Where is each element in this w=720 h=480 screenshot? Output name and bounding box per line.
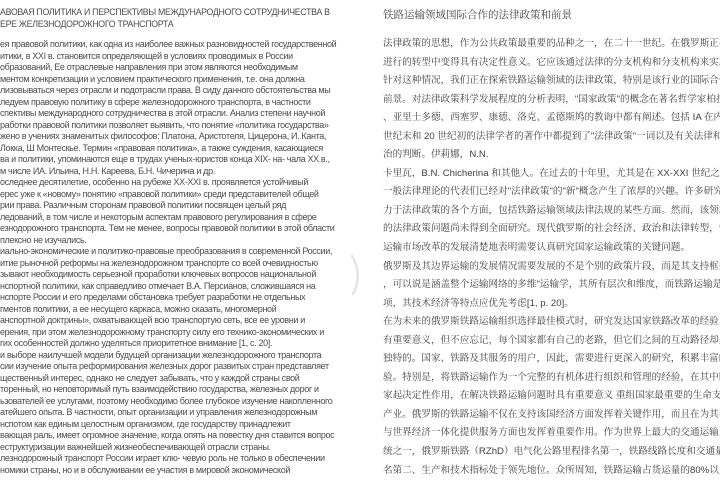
text-line: ея правовой политики, как одна из наибол… bbox=[0, 39, 374, 51]
text-line: итики, в XXI в. становится определяющей … bbox=[0, 51, 374, 63]
text-line: АВОВАЯ ПОЛИТИКА И ПЕРСПЕКТИВЫ МЕЖДУНАРОД… bbox=[0, 7, 374, 19]
text-line: ледований, в том числе и некоторым аспек… bbox=[0, 212, 374, 224]
text-line: 卡里瓦，B.N. Chicherina 和其他人。在过去的十年里，尤其是在 XX… bbox=[383, 165, 720, 184]
text-line: 验。特别是，将铁路运输作为一个完整的有机体进行组织和管理的经验，在其中国 bbox=[383, 369, 720, 388]
text-line: торенный, но неповторимый путь взаимодей… bbox=[0, 384, 374, 396]
text-line: атейшего опыта. В частности, опыт органи… bbox=[0, 407, 374, 419]
text-line: 的法律政策问题尚未得到全面研究。现代俄罗斯的社会经济、政治和法律转型，铁路 bbox=[383, 220, 720, 239]
text-line: ерес уже к «новому» понятию «правовой по… bbox=[0, 189, 374, 201]
text-line: ва и политики, упоминаются еще в трудах … bbox=[0, 154, 374, 166]
chinese-title: 铁路运输领域国际合作的法律政策和前景 bbox=[383, 8, 720, 22]
text-line: лезнодорожный транспорт России играет кл… bbox=[0, 453, 374, 465]
text-line: 针对这种情况，我们正在探索铁路运输领域的法律政策，特别是该行业的国际合作 bbox=[383, 72, 720, 91]
russian-title: АВОВАЯ ПОЛИТИКА И ПЕРСПЕКТИВЫ МЕЖДУНАРОД… bbox=[0, 7, 374, 30]
text-line: 前景。对法律政策科学发展程度的分析表明，"国家政策"的概念在著名哲学家柏拉图 bbox=[383, 91, 720, 110]
text-line: 在为未来的俄罗斯铁路运输组织选择最佳模式时，研究发达国家铁路改革的经验具 bbox=[383, 313, 720, 332]
text-line: 一般法律理论的代表们已经对"法律政策"的"新"概念产生了浓厚的兴趣。许多研究致 bbox=[383, 183, 720, 202]
text-line: 运输市场改革的发展清楚地表明需要认真研究国家运输政策的关键问题。 bbox=[383, 239, 720, 258]
text-line: 世纪末和 20 世纪初的法律学者的著作中都提到了"法律政策"一词以及有关法律和政 bbox=[383, 128, 720, 147]
text-line: нспорте России и его пределами обстановк… bbox=[0, 292, 374, 304]
text-line: спективы международного сотрудничества в… bbox=[0, 108, 374, 120]
text-line: м числе ИА. Ильина, Н.Н. Кареева, Б.Н. Ч… bbox=[0, 166, 374, 178]
russian-body-text: ея правовой политики, как одна из наибол… bbox=[0, 39, 374, 476]
text-line: лизовываться через отрасли и подотрасли … bbox=[0, 85, 374, 97]
text-line: 项，其技术经济等特点应优先考虑[1, p. 20]。 bbox=[383, 295, 720, 314]
text-line: образований, Ее отраслевые направления п… bbox=[0, 62, 374, 74]
text-line: 有重要意义，但不应忘记，每个国家都有自己的老路，但它们之间的互动路径却是 bbox=[383, 332, 720, 351]
russian-column: АВОВАЯ ПОЛИТИКА И ПЕРСПЕКТИВЫ МЕЖДУНАРОД… bbox=[0, 7, 374, 477]
text-line: 法律政策的思想，作为公共政策最重要的品种之一，在二十一世纪。在俄罗斯正在 bbox=[383, 35, 720, 54]
text-line: 力于法律政策的各个方面，包括铁路运输领域法律法规的某些方面。然而，该领域 bbox=[383, 202, 720, 221]
text-line: и выборе наилучшей модели будущей органи… bbox=[0, 350, 374, 362]
document-page: АВОВАЯ ПОЛИТИКА И ПЕРСПЕКТИВЫ МЕЖДУНАРОД… bbox=[0, 0, 720, 480]
text-line: жено в учениях знаменитых философов: Пла… bbox=[0, 131, 374, 143]
text-line: иально-экономические и политико-правовые… bbox=[0, 246, 374, 258]
text-line: оследнее десятилетие, особенно на рубеже… bbox=[0, 177, 374, 189]
text-line: ерения, при этом железнодорожному трансп… bbox=[0, 327, 374, 339]
text-line: езнодорожного транспорта. Тем не менее, … bbox=[0, 223, 374, 235]
text-line: плексно не изучались. bbox=[0, 235, 374, 247]
text-line: щественный интерес, однако не следует за… bbox=[0, 373, 374, 385]
text-line: 家起决定性作用，在解决铁路运输问题时具有重要意义 重组国家最重要的生命支持 bbox=[383, 387, 720, 406]
text-line: итие рыночной реформы на железнодорожном… bbox=[0, 258, 374, 270]
page-curl-mark bbox=[349, 254, 365, 296]
text-line: 与世界经济一体化提供服务方面也发挥着重要作用。作为世界上最大的交通运输系 bbox=[383, 424, 720, 443]
text-line: гментов политики, а ее несущего каркаса,… bbox=[0, 304, 374, 316]
text-line: 统之一，俄罗斯铁路（RZhD）电气化公路里程排名第一，铁路线路长度和交通量排 bbox=[383, 443, 720, 462]
text-line: вающая раль, имеет огромное значение, ко… bbox=[0, 430, 374, 442]
text-line: 独特的。国家、铁路及其服务的用户，因此，需要进行更深入的研究，积累丰富的经 bbox=[383, 350, 720, 369]
text-line: еструктуризации важнейшей жизнеобеспечив… bbox=[0, 442, 374, 454]
text-line: 名第二、生产和技术指标处于领先地位。众所周知，铁路运输占货运量的80%以上 bbox=[383, 462, 720, 478]
text-line: ，可以说是涵盖整个运输网络的多维"运输学，其所有层次和维度，而铁路运输是强 bbox=[383, 276, 720, 295]
text-line: 治的判断。伊莉娜，N.N. bbox=[383, 146, 720, 165]
text-line: 俄罗斯及其边界运输的发展情况需要发展的不是个别的政策片段，而是其支持框架 bbox=[383, 258, 720, 277]
text-line: 进行的转型中变得具有决定性意义。它应该通过法律的分支机构和分支机构来实施。 bbox=[383, 54, 720, 73]
text-line: гих особенностей должно уделяться приори… bbox=[0, 338, 374, 350]
text-line: ментом конкретизации и условием практиче… bbox=[0, 74, 374, 86]
text-line: ьзователей ее услугами, поэтому необходи… bbox=[0, 396, 374, 408]
text-line: 产业。俄罗斯的铁路运输不仅在支持该国经济方面发挥着关键作用，而且在为其参 bbox=[383, 406, 720, 425]
text-line: сии изучение опыта реформирования железн… bbox=[0, 361, 374, 373]
text-line: 、亚里士多德、西塞罗、康德、洛克、孟德斯鸠的教诲中都有阐述。包括 IA 在内的 … bbox=[383, 109, 720, 128]
text-line: номики страны, но и в обслуживании ее уч… bbox=[0, 465, 374, 477]
text-line: нспортной политики, как справедливо отме… bbox=[0, 281, 374, 293]
text-line: рии права. Различным сторонам правовой п… bbox=[0, 200, 374, 212]
text-line: нспотом как единым целостным организмом,… bbox=[0, 419, 374, 431]
text-line: Локка, Ш Монтескье. Термин «правовая пол… bbox=[0, 143, 374, 155]
text-line: анспортной доктрины», охватывающей всю т… bbox=[0, 315, 374, 327]
chinese-body-text: 法律政策的思想，作为公共政策最重要的品种之一，在二十一世纪。在俄罗斯正在进行的转… bbox=[383, 35, 720, 478]
text-line: ледуем правовую политику в сфере железно… bbox=[0, 97, 374, 109]
text-line: ЕРЕ ЖЕЛЕЗНОДОРОЖНОГО ТРАНСПОРТА bbox=[0, 19, 374, 31]
chinese-column: 铁路运输领域国际合作的法律政策和前景 法律政策的思想，作为公共政策最重要的品种之… bbox=[383, 8, 720, 478]
text-line: работки правовой политики позволяет выяв… bbox=[0, 120, 374, 132]
text-line: зывают необходимость серьезной проработк… bbox=[0, 269, 374, 281]
